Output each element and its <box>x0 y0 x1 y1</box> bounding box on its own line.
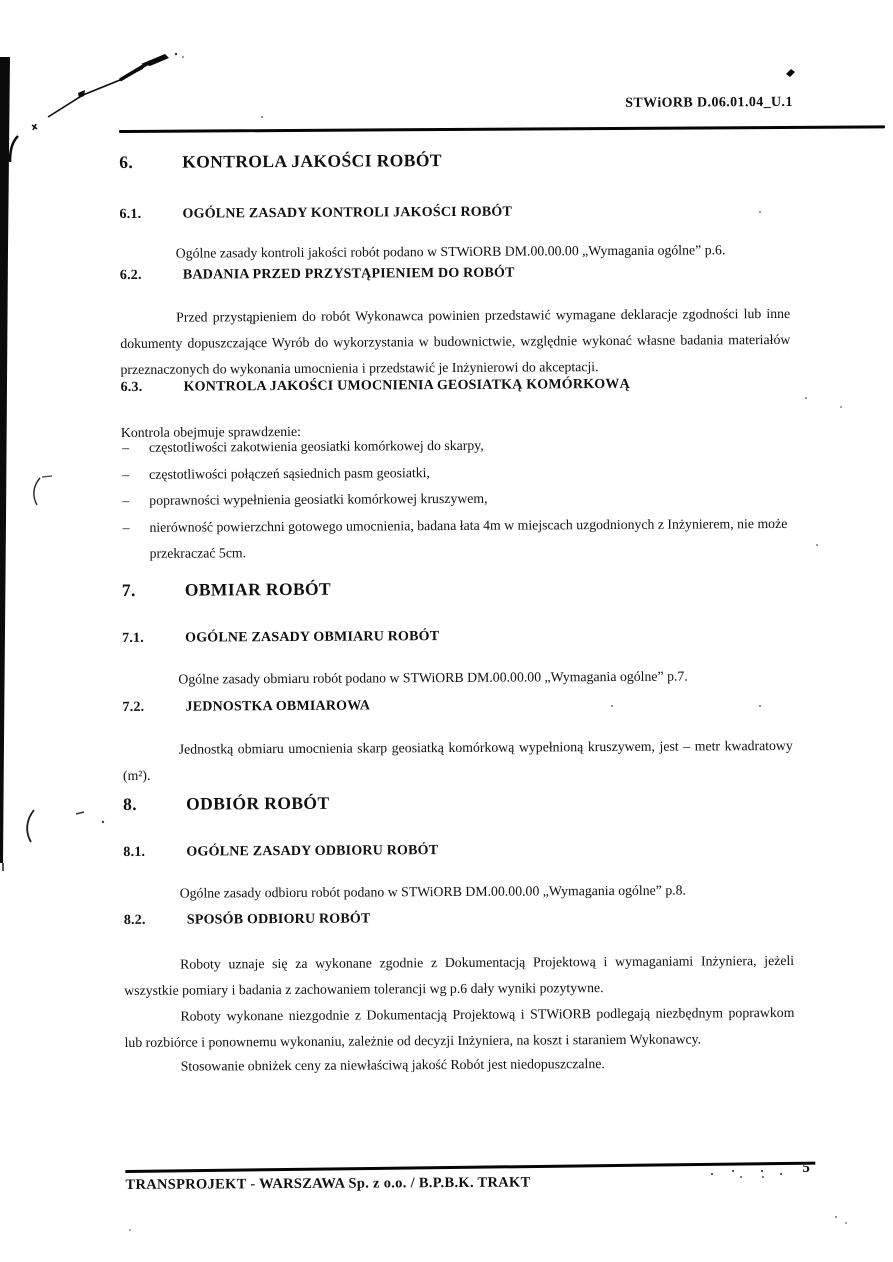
section-6-1-paragraph: Ogólne zasady kontroli jakości robót pod… <box>120 237 790 267</box>
section-title: BADANIA PRZED PRZYSTĄPIENIEM DO ROBÓT <box>183 266 515 284</box>
section-6-3-heading: 6.3. KONTROLA JAKOŚCI UMOCNIENIA GEOSIAT… <box>121 377 630 396</box>
section-number: 6.2. <box>120 268 183 284</box>
section-title: SPOSÓB ODBIORU ROBÓT <box>187 911 371 928</box>
document-content: STWiORB D.06.01.04_U.1 6. KONTROLA JAKOŚ… <box>0 0 893 1262</box>
list-item: nierówność powierzchni gotowego umocnien… <box>121 510 791 567</box>
section-7-1-heading: 7.1. OGÓLNE ZASADY OBMIARU ROBÓT <box>122 629 439 647</box>
section-title: OGÓLNE ZASADY OBMIARU ROBÓT <box>185 629 439 647</box>
section-8-1-heading: 8.1. OGÓLNE ZASADY ODBIORU ROBÓT <box>123 843 438 861</box>
section-number: 7.1. <box>122 631 185 647</box>
page-number: 5 <box>802 1160 810 1177</box>
section-title: JEDNOSTKA OBMIAROWA <box>185 698 370 715</box>
section-8-2-paragraph-1: Roboty uznaje się za wykonane zgodnie z … <box>124 948 794 1004</box>
control-checklist: częstotliwości zakotwienia geosiatki kom… <box>121 431 792 568</box>
section-number: 6. <box>119 152 182 173</box>
section-6-heading: 6. KONTROLA JAKOŚCI ROBÓT <box>119 150 442 173</box>
document-page: STWiORB D.06.01.04_U.1 6. KONTROLA JAKOŚ… <box>0 0 893 1262</box>
header-doc-code: STWiORB D.06.01.04_U.1 <box>625 95 793 112</box>
list-item: częstotliwości zakotwienia geosiatki kom… <box>121 431 791 462</box>
section-8-heading: 8. ODBIÓR ROBÓT <box>123 793 329 815</box>
footer-rule <box>125 1162 815 1173</box>
section-number: 7. <box>122 580 185 601</box>
section-number: 8. <box>123 794 186 815</box>
section-number: 6.3. <box>121 380 184 396</box>
section-7-2-paragraph: Jednostką obmiaru umocnienia skarp geosi… <box>123 733 793 789</box>
section-8-2-paragraph-3: Stosowanie obniżek ceny za niewłaściwą j… <box>125 1050 795 1080</box>
section-number: 8.1. <box>123 845 186 861</box>
list-item: poprawności wypełnienia geosiatki komórk… <box>121 484 791 515</box>
section-7-2-heading: 7.2. JEDNOSTKA OBMIAROWA <box>122 698 370 716</box>
section-title: KONTROLA JAKOŚCI ROBÓT <box>182 150 442 173</box>
section-title: KONTROLA JAKOŚCI UMOCNIENIA GEOSIATKĄ KO… <box>184 377 630 396</box>
section-number: 8.2. <box>124 913 187 929</box>
section-title: OBMIAR ROBÓT <box>185 579 331 601</box>
section-6-2-heading: 6.2. BADANIA PRZED PRZYSTĄPIENIEM DO ROB… <box>120 266 515 284</box>
section-title: OGÓLNE ZASADY ODBIORU ROBÓT <box>186 843 438 861</box>
section-number: 6.1. <box>119 207 182 223</box>
section-8-2-paragraph-2: Roboty wykonane niezgodnie z Dokumentacj… <box>124 1000 794 1056</box>
section-6-2-paragraph: Przed przystąpieniem do robót Wykonawca … <box>120 301 790 383</box>
section-8-1-paragraph: Ogólne zasady odbioru robót podano w STW… <box>124 877 794 907</box>
section-number: 7.2. <box>122 700 185 716</box>
section-7-heading: 7. OBMIAR ROBÓT <box>122 579 331 601</box>
section-7-1-paragraph: Ogólne zasady obmiaru robót podano w STW… <box>122 663 792 693</box>
section-title: ODBIÓR ROBÓT <box>186 793 330 815</box>
section-8-2-heading: 8.2. SPOSÓB ODBIORU ROBÓT <box>124 911 371 929</box>
list-item: częstotliwości połączeń sąsiednich pasm … <box>121 457 791 488</box>
section-title: OGÓLNE ZASADY KONTROLI JAKOŚCI ROBÓT <box>182 205 512 223</box>
section-6-1-heading: 6.1. OGÓLNE ZASADY KONTROLI JAKOŚCI ROBÓ… <box>119 205 512 223</box>
footer-company: TRANSPROJEKT - WARSZAWA Sp. z o.o. / B.P… <box>125 1175 530 1194</box>
header-rule <box>119 125 885 133</box>
